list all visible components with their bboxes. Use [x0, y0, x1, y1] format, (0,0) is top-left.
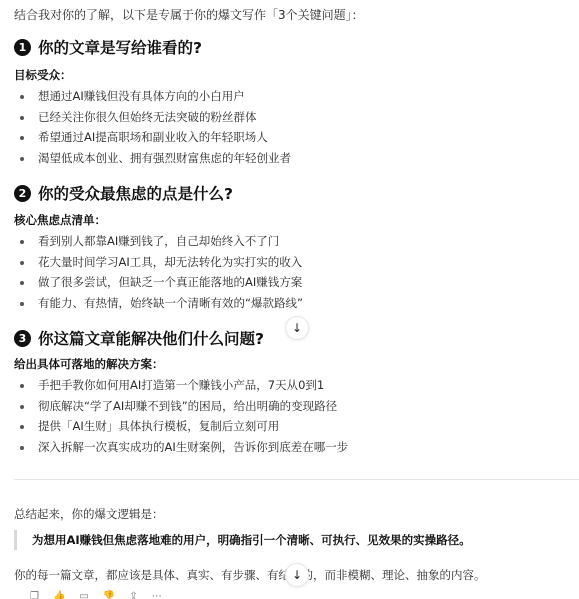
number-badge-3: 3	[14, 330, 31, 347]
list-item: 彻底解决“学了AI却赚不到钱”的困局，给出明确的变现路径	[14, 396, 348, 417]
bullet-icon	[20, 425, 24, 429]
bullet-icon	[20, 384, 24, 388]
bullet-icon	[20, 136, 24, 140]
bullet-icon	[20, 116, 24, 120]
list-item: 花大量时间学习AI工具，却无法转化为实打实的收入	[14, 252, 303, 273]
bullet-icon	[20, 446, 24, 450]
comment-icon[interactable]: ▭	[79, 591, 88, 599]
section-title: 你的文章是写给谁看的?	[38, 36, 202, 58]
section-title: 你这篇文章能解决他们什么问题?	[38, 327, 264, 349]
bullet-icon	[20, 281, 24, 285]
list-item: 提供「AI生财」具体执行模板，复制后立刻可用	[14, 416, 348, 437]
blockquote: 为想用AI赚钱但焦虑落地难的用户，明确指引一个清晰、可执行、见效果的实操路径。	[14, 530, 471, 550]
copy-icon[interactable]: ❐	[30, 591, 39, 599]
more-icon[interactable]: ⋯	[152, 591, 162, 599]
summary-text: 总结起来，你的爆文逻辑是：	[14, 506, 164, 522]
list-item: 想通过AI赚钱但没有具体方向的小白用户	[14, 86, 291, 107]
bullet-list-3: 手把手教你如何用AI打造第一个赚钱小产品，7天从0到1 彻底解决“学了AI却赚不…	[14, 375, 348, 457]
list-item: 手把手教你如何用AI打造第一个赚钱小产品，7天从0到1	[14, 375, 348, 396]
number-badge-1: 1	[14, 39, 31, 56]
section-title: 你的受众最焦虑的点是什么?	[38, 182, 233, 204]
bullet-icon	[20, 240, 24, 244]
thumbs-down-icon[interactable]: 👎	[103, 591, 115, 599]
section-heading-1: 1 你的文章是写给谁看的?	[14, 36, 202, 58]
list-item: 有能力、有热情，始终缺一个清晰有效的“爆款路线”	[14, 293, 303, 314]
list-item: 做了很多尝试，但缺乏一个真正能落地的AI赚钱方案	[14, 272, 303, 293]
bullet-icon	[20, 157, 24, 161]
section-subtitle-1: 目标受众：	[14, 67, 72, 83]
section-subtitle-2: 核心焦虑点清单：	[14, 212, 106, 228]
bullet-icon	[20, 405, 24, 409]
arrow-down-icon: ↓	[292, 568, 302, 582]
bullet-icon	[20, 302, 24, 306]
list-item: 看到别人都靠AI赚到钱了，自己却始终入不了门	[14, 231, 303, 252]
bullet-list-2: 看到别人都靠AI赚到钱了，自己却始终入不了门 花大量时间学习AI工具，却无法转化…	[14, 231, 303, 313]
closing-text: 你的每一篇文章，都应该是具体、真实、有步骤、有结果的，而非模糊、理论、抽象的内容…	[14, 567, 486, 583]
number-badge-2: 2	[14, 185, 31, 202]
section-subtitle-3: 给出具体可落地的解决方案：	[14, 356, 164, 372]
bullet-icon	[20, 261, 24, 265]
section-heading-3: 3 你这篇文章能解决他们什么问题?	[14, 327, 264, 349]
list-item: 深入拆解一次真实成功的AI生财案例，告诉你到底差在哪一步	[14, 437, 348, 458]
list-item: 已经关注你很久但始终无法突破的粉丝群体	[14, 107, 291, 128]
arrow-down-icon: ↓	[292, 321, 302, 335]
section-heading-2: 2 你的受众最焦虑的点是什么?	[14, 182, 233, 204]
thumbs-up-icon[interactable]: 👍	[53, 591, 65, 599]
scroll-down-button[interactable]: ↓	[285, 316, 309, 340]
list-item: 渴望低成本创业、拥有强烈财富焦虑的年轻创业者	[14, 148, 291, 169]
bullet-list-1: 想通过AI赚钱但没有具体方向的小白用户 已经关注你很久但始终无法突破的粉丝群体 …	[14, 86, 291, 168]
intro-text: 结合我对你的了解，以下是专属于你的爆文写作「3个关键问题」：	[14, 6, 364, 23]
scroll-to-bottom-button[interactable]: ↓	[285, 563, 309, 587]
list-item: 希望通过AI提高职场和副业收入的年轻职场人	[14, 127, 291, 148]
message-actions: ❐ 👍 ▭ 👎 ⇪ ⋯	[30, 591, 162, 599]
share-icon[interactable]: ⇪	[129, 591, 137, 599]
divider	[14, 479, 579, 480]
bullet-icon	[20, 95, 24, 99]
